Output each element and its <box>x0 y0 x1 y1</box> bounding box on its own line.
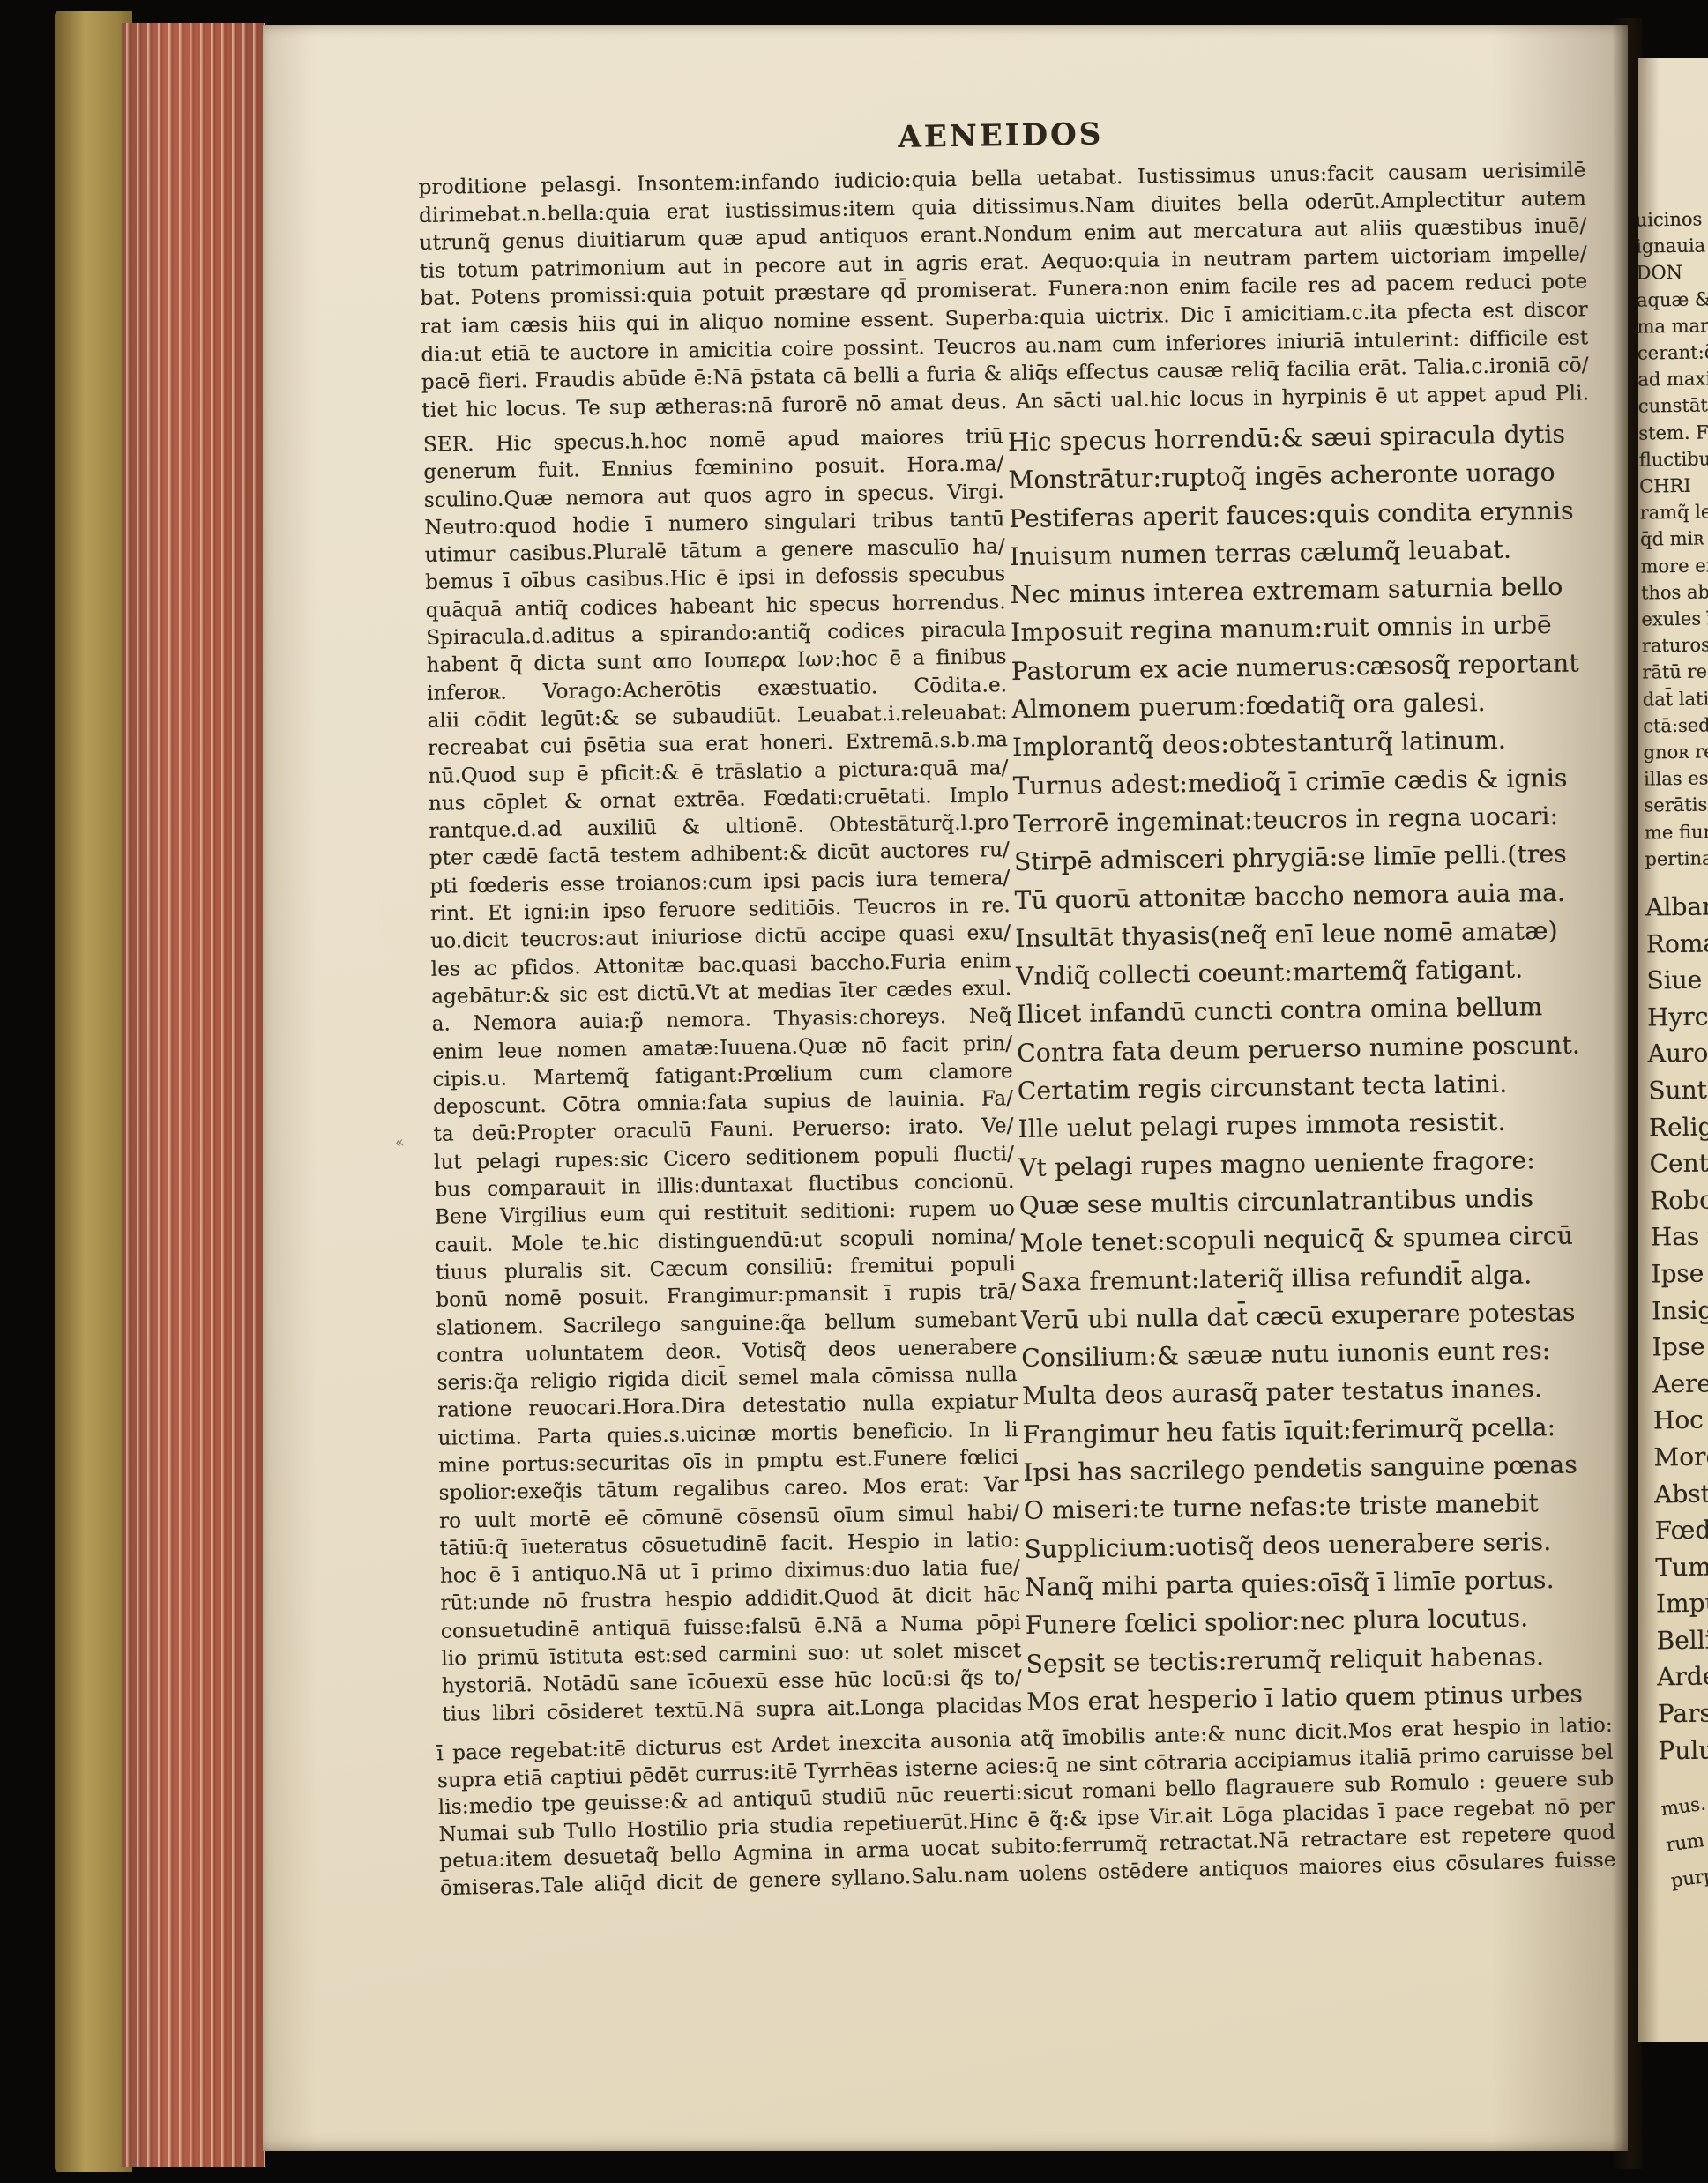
running-title: AENEIDOS <box>727 115 1275 158</box>
text-fragment: illas esse l <box>1644 764 1708 793</box>
margin-annotation-mark: « <box>393 1134 406 1153</box>
text-fragment: gnoʀ reg <box>1643 738 1708 766</box>
verse-fragment: Centum <box>1649 1144 1708 1183</box>
text-fragment: q̄d miʀ <box>1640 525 1708 553</box>
verse-fragment: Sunt ge <box>1648 1071 1708 1110</box>
text-fragment: ma mar <box>1638 312 1708 340</box>
verse-fragment: Pars ped <box>1658 1695 1708 1733</box>
right-page-verse-fragments: AlbanaRomaSiue geHyrcanAurorāSunt geReli… <box>1645 888 1708 1769</box>
red-stained-fore-edge <box>122 23 265 2167</box>
photograph-of-open-book: { "colors":{ "background":"#0a0806","pag… <box>0 0 1708 2183</box>
text-fragment: aquæ & <box>1638 286 1708 314</box>
right-page-text-block: uicinosignauiaDONaquæ &ma marcerant:q̃ad… <box>1638 58 1708 2042</box>
verse-fragment: Abstinu <box>1654 1474 1708 1513</box>
verse-fragment: Albana <box>1645 888 1708 927</box>
bottom-commentary-paragraph: ī pace regebat:itē dicturus est Ardet in… <box>436 1712 1616 1903</box>
text-fragment: thos ab a <box>1641 578 1708 607</box>
verse-fragment: Fœda m <box>1654 1511 1708 1550</box>
left-commentary-column: SER. Hic specus.h.hoc nomē apud maiores … <box>423 423 1023 1729</box>
verse-fragment: More ui <box>1653 1437 1708 1476</box>
verse-fragment: Ipse qui <box>1651 1255 1708 1293</box>
verse-fragment: Aereaq̃ <box>1652 1364 1708 1403</box>
text-fragment: pertinati <box>1645 845 1708 873</box>
left-page-text-block: AENEIDOS « proditione pelasgi. Insontem:… <box>250 16 1646 2163</box>
text-fragment: uicinos <box>1638 205 1708 234</box>
text-fragment: raturos l <box>1642 631 1708 659</box>
text-fragment: rātū regē <box>1642 658 1708 686</box>
text-fragment: more era <box>1640 552 1708 580</box>
right-page-small-fragments: uicinosignauiaDONaquæ &ma marcerant:q̃ad… <box>1638 205 1708 873</box>
verse-fragment: Ardet in <box>1657 1658 1708 1696</box>
text-fragment: cerant:q̃ <box>1638 339 1708 367</box>
text-fragment: fluctibu <box>1639 445 1708 473</box>
right-page-bottom-fragments: mus. Qurum qd̄ epurpura & <box>1659 1778 1708 1899</box>
top-commentary-paragraph: proditione pelasgi. Insontem:infando iud… <box>418 157 1589 425</box>
verse-fragment: Roma <box>1646 924 1708 963</box>
verse-fragment: Insignis <box>1652 1291 1708 1330</box>
text-fragment: exules ī r <box>1641 605 1708 633</box>
verse-fragment: Tum reg <box>1655 1547 1708 1586</box>
verse-fragment: Siue ge <box>1646 961 1708 1000</box>
text-fragment: CHRI <box>1639 472 1708 500</box>
verse-fragment: Aurorā <box>1647 1034 1708 1073</box>
text-fragment: ctā:sed pē <box>1643 712 1708 740</box>
verse-fragment: Ipse uoc <box>1652 1328 1708 1367</box>
text-fragment: cunstāt: <box>1638 391 1708 420</box>
text-fragment: mus. Qu <box>1659 1778 1708 1828</box>
left-page: AENEIDOS « proditione pelasgi. Insontem:… <box>263 25 1628 2151</box>
book-cover-edge <box>55 11 132 2172</box>
verse-fragment: Robora <box>1650 1181 1708 1219</box>
gutter-shadow <box>1612 18 1642 2169</box>
text-fragment: ad maxi <box>1638 365 1708 393</box>
verse-fragment: Impulit <box>1656 1584 1708 1623</box>
verse-column: Hic specus horrendū:& sæui spiracula dyt… <box>1008 414 1620 1721</box>
text-fragment: me fiunt <box>1645 818 1708 846</box>
verse-fragment: Pulueru <box>1658 1731 1708 1769</box>
text-fragment: DON <box>1638 258 1708 287</box>
right-page-sliver: uicinosignauiaDONaquæ &ma marcerant:q̃ad… <box>1638 58 1708 2042</box>
text-fragment: stem. F <box>1638 419 1708 447</box>
text-fragment: ignauia <box>1638 232 1708 260</box>
verse-fragment: Has ubi <box>1651 1218 1708 1256</box>
verse-fragment: Hoc & tu <box>1653 1401 1708 1440</box>
text-fragment: ramq̃ le <box>1639 498 1708 526</box>
verse-fragment: Belli fer <box>1656 1620 1708 1659</box>
text-fragment: serātis po <box>1644 791 1708 819</box>
verse-fragment: Hyrcan <box>1647 997 1708 1036</box>
text-fragment: dat̄ latinu <box>1643 685 1708 713</box>
verse-fragment: Religio <box>1649 1107 1708 1146</box>
